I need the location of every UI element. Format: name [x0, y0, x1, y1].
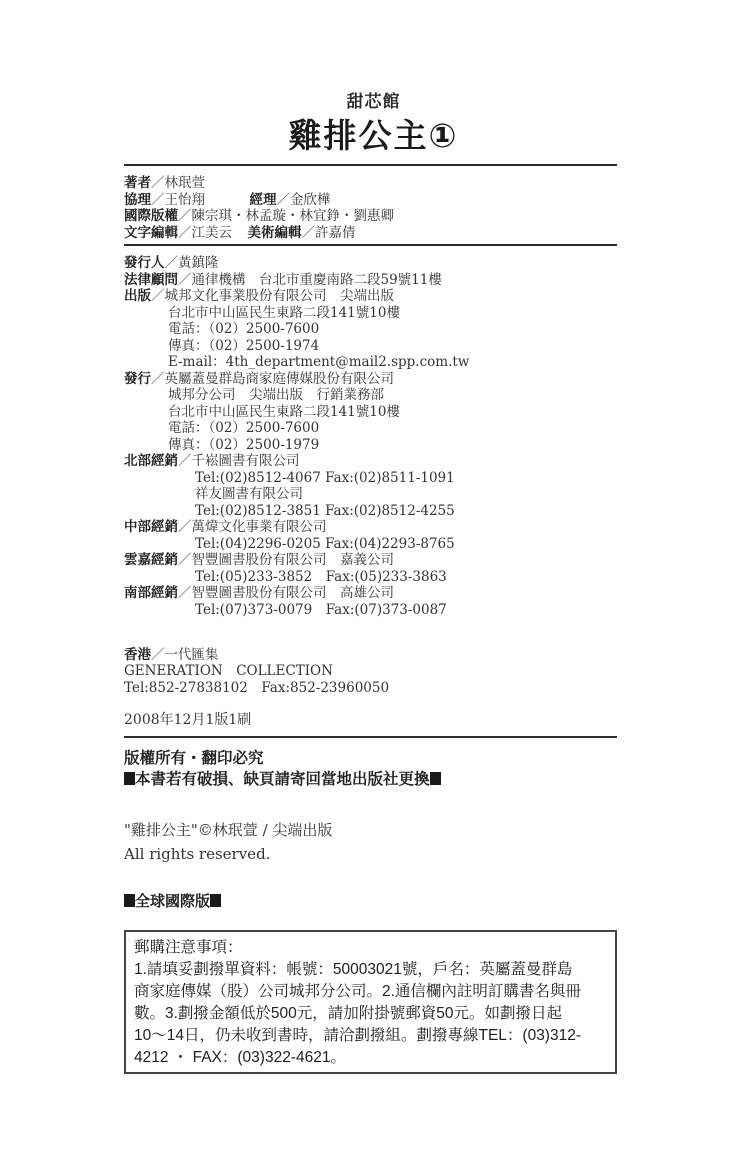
issuer-value: 黃鎮隆 [178, 255, 219, 271]
slash-separator: ／ [151, 288, 165, 304]
slash-separator: ／ [178, 272, 192, 288]
rights-reserved: 版權所有・翻印必究 [124, 748, 441, 769]
chiayi-dealer-value: 智豐圖書股份有限公司 嘉義公司 [192, 552, 395, 568]
slash-separator: ／ [178, 552, 192, 568]
north-dealer-label: 北部經銷 [124, 453, 178, 469]
slash-separator: ／ [178, 519, 192, 535]
north-dealer-name-2: 祥友圖書有限公司 [124, 486, 469, 503]
central-dealer-value: 萬煒文化事業有限公司 [192, 519, 327, 535]
credit-label: 協理 [124, 192, 151, 208]
black-square-icon [124, 894, 135, 907]
hongkong-block: 香港／一代匯集 GENERATION COLLECTION Tel:852-27… [124, 646, 389, 697]
distributor-phone: 電話：（02）2500-7600 [124, 420, 469, 437]
slash-separator: ／ [165, 255, 179, 271]
global-edition-text: 全球國際版 [135, 892, 210, 910]
central-dealer-contact: Tel:(04)2296-0205 Fax:(04)2293-8765 [124, 536, 469, 553]
credit-label: 美術編輯 [248, 225, 302, 241]
mail-order-notice: 郵購注意事項： 1.請填妥劃撥單資料：帳號：50003021號，戶名：英屬蓋曼群… [124, 930, 617, 1074]
publisher-address: 台北市中山區民生東路二段141號10樓 [124, 305, 469, 322]
hongkong-value: 一代匯集 [165, 647, 219, 663]
south-dealer-line: 南部經銷／智豐圖書股份有限公司 高雄公司 [124, 585, 469, 602]
credit-label: 著者 [124, 175, 151, 191]
slash-separator: ／ [302, 225, 316, 241]
credit-value: 許嘉倩 [315, 225, 356, 241]
rights-block: 版權所有・翻印必究 本書若有破損、缺頁請寄回當地出版社更換 [124, 748, 441, 790]
damage-notice: 本書若有破損、缺頁請寄回當地出版社更換 [124, 769, 441, 790]
credit-author: 著者／林珉萱 [124, 175, 394, 192]
hongkong-label: 香港 [124, 647, 151, 663]
slash-separator: ／ [151, 192, 165, 208]
central-dealer-line: 中部經銷／萬煒文化事業有限公司 [124, 519, 469, 536]
credits-block: 著者／林珉萱 協理／王怡翔經理／金欣樺 國際版權／陳宗琪・林孟璇・林宜錚・劉惠卿… [124, 175, 394, 241]
distributor-branch: 城邦分公司 尖端出版 行銷業務部 [124, 387, 469, 404]
legal-value: 通律機構 台北市重慶南路二段59號11樓 [192, 272, 442, 288]
divider-credits [124, 244, 617, 246]
issuer-label: 發行人 [124, 255, 165, 271]
publisher-value: 城邦文化事業股份有限公司 尖端出版 [165, 288, 395, 304]
legal-label: 法律顧問 [124, 272, 178, 288]
credit-value: 金欣樺 [290, 192, 331, 208]
hongkong-line: 香港／一代匯集 [124, 646, 389, 663]
publisher-line: 出版／城邦文化事業股份有限公司 尖端出版 [124, 288, 469, 305]
mail-order-line: 4212 ・ FAX：(03)322-4621。 [134, 1047, 607, 1069]
chiayi-dealer-line: 雲嘉經銷／智豐圖書股份有限公司 嘉義公司 [124, 552, 469, 569]
north-dealer-contact-1: Tel:(02)8512-4067 Fax:(02)8511-1091 [124, 470, 469, 487]
south-dealer-value: 智豐圖書股份有限公司 高雄公司 [192, 585, 395, 601]
legal-line: 法律顧問／通律機構 台北市重慶南路二段59號11樓 [124, 272, 469, 289]
south-dealer-contact: Tel:(07)373-0079 Fax:(07)373-0087 [124, 602, 469, 619]
colophon-page: 甜芯館 雞排公主① 著者／林珉萱 協理／王怡翔經理／金欣樺 國際版權／陳宗琪・林… [0, 0, 747, 1162]
credit-editors: 文字編輯／江美云美術編輯／許嘉倩 [124, 225, 394, 242]
publisher-fax: 傳真：（02）2500-1974 [124, 338, 469, 355]
global-edition: 全球國際版 [124, 890, 221, 911]
publisher-phone: 電話：（02）2500-7600 [124, 321, 469, 338]
publisher-email: E-mail：4th_department@mail2.spp.com.tw [124, 354, 469, 371]
book-title: 雞排公主① [0, 110, 747, 157]
black-square-icon [430, 772, 441, 785]
credit-managers: 協理／王怡翔經理／金欣樺 [124, 192, 394, 209]
slash-separator: ／ [151, 175, 165, 191]
publishing-block: 發行人／黃鎮隆 法律顧問／通律機構 台北市重慶南路二段59號11樓 出版／城邦文… [124, 255, 469, 618]
hongkong-contact: Tel:852-27838102 Fax:852-23960050 [124, 680, 389, 697]
distributor-line: 發行／英屬蓋曼群島商家庭傳媒股份有限公司 [124, 371, 469, 388]
credit-value: 江美云 [192, 225, 248, 242]
slash-separator: ／ [151, 647, 165, 663]
publisher-label: 出版 [124, 288, 151, 304]
black-square-icon [210, 894, 221, 907]
mail-order-line: 1.請填妥劃撥單資料：帳號：50003021號，戶名：英屬蓋曼群島 [134, 959, 607, 981]
credit-label: 經理 [250, 192, 277, 208]
copyright-block: "雞排公主"©林珉萱 / 尖端出版 All rights reserved. [124, 818, 332, 866]
mail-order-line: 商家庭傳媒（股）公司城邦分公司。2.通信欄內註明訂購書名與冊 [134, 981, 607, 1003]
credit-label: 國際版權 [124, 208, 178, 224]
credit-value: 林珉萱 [165, 175, 206, 191]
all-rights-reserved: All rights reserved. [124, 842, 332, 866]
distributor-fax: 傳真：（02）2500-1979 [124, 437, 469, 454]
distributor-label: 發行 [124, 371, 151, 387]
copyright-line: "雞排公主"©林珉萱 / 尖端出版 [124, 818, 332, 842]
slash-separator: ／ [151, 371, 165, 387]
divider-edition [124, 736, 617, 738]
credit-value: 陳宗琪・林孟璇・林宜錚・劉惠卿 [192, 208, 395, 224]
slash-separator: ／ [178, 453, 192, 469]
mail-order-line: 數。3.劃撥金額低於500元，請加附掛號郵資50元。如劃撥日起 [134, 1003, 607, 1025]
slash-separator: ／ [277, 192, 291, 208]
credit-label: 文字編輯 [124, 225, 178, 241]
slash-separator: ／ [178, 225, 192, 241]
north-dealer-value: 千崧圖書有限公司 [192, 453, 300, 469]
edition-date: 2008年12月1版1刷 [124, 709, 251, 729]
north-dealer-line: 北部經銷／千崧圖書有限公司 [124, 453, 469, 470]
south-dealer-label: 南部經銷 [124, 585, 178, 601]
credit-value: 王怡翔 [165, 192, 250, 209]
divider-top [124, 164, 617, 166]
series-name: 甜芯館 [0, 87, 747, 112]
damage-notice-text: 本書若有破損、缺頁請寄回當地出版社更換 [135, 770, 430, 788]
slash-separator: ／ [178, 585, 192, 601]
north-dealer-contact-2: Tel:(02)8512-3851 Fax:(02)8512-4255 [124, 503, 469, 520]
distributor-address: 台北市中山區民生東路二段141號10樓 [124, 404, 469, 421]
slash-separator: ／ [178, 208, 192, 224]
mail-order-line: 10～14日，仍未收到書時，請洽劃撥組。劃撥專線TEL：(03)312- [134, 1025, 607, 1047]
issuer-line: 發行人／黃鎮隆 [124, 255, 469, 272]
mail-order-title: 郵購注意事項： [134, 937, 607, 959]
distributor-value: 英屬蓋曼群島商家庭傳媒股份有限公司 [165, 371, 395, 387]
black-square-icon [124, 772, 135, 785]
chiayi-dealer-label: 雲嘉經銷 [124, 552, 178, 568]
hongkong-company-en: GENERATION COLLECTION [124, 663, 389, 680]
central-dealer-label: 中部經銷 [124, 519, 178, 535]
credit-rights: 國際版權／陳宗琪・林孟璇・林宜錚・劉惠卿 [124, 208, 394, 225]
chiayi-dealer-contact: Tel:(05)233-3852 Fax:(05)233-3863 [124, 569, 469, 586]
